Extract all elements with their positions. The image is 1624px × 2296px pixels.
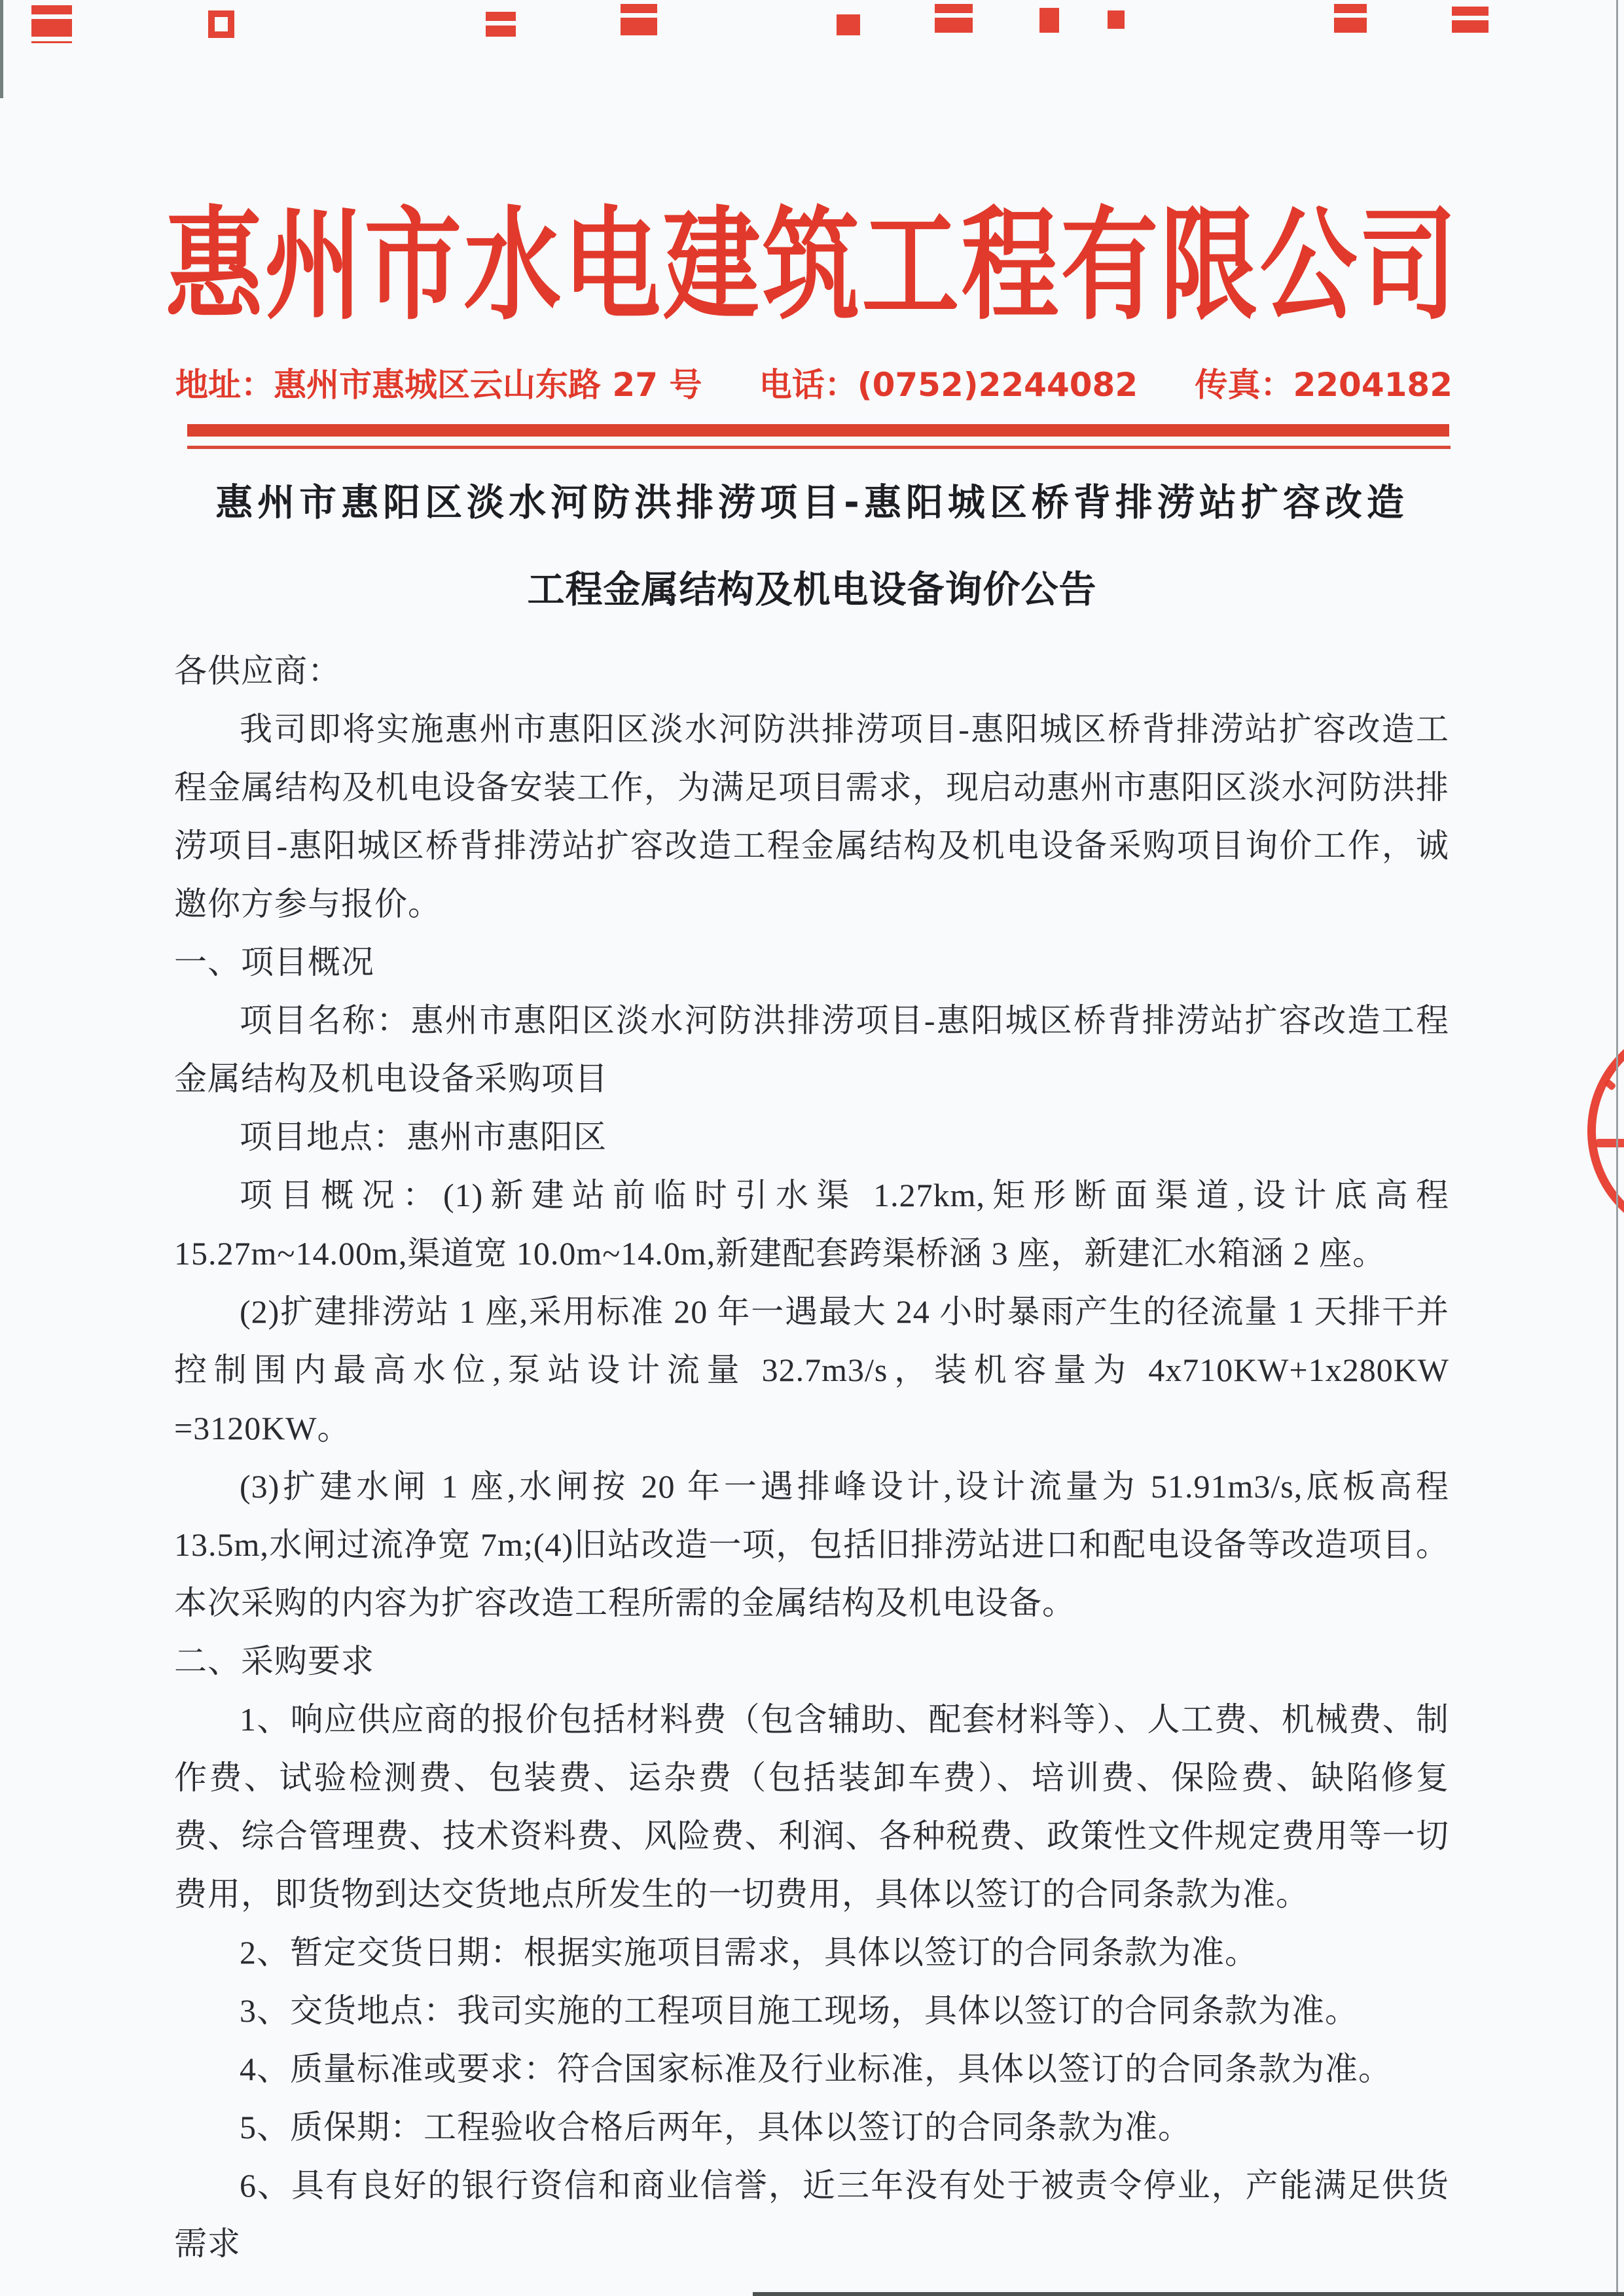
section1-heading: 一、项目概况 <box>174 933 1449 992</box>
scan-edge-right <box>1616 0 1618 2296</box>
scan-artifact <box>1452 7 1489 33</box>
requirement-item: 3、交货地点：我司实施的工程项目施工现场，具体以签订的合同条款为准。 <box>174 1982 1449 2040</box>
project-name: 项目名称：惠州市惠阳区淡水河防洪排涝项目-惠阳城区桥背排涝站扩容改造工程金属结构… <box>174 992 1449 1108</box>
section2-heading: 二、采购要求 <box>174 1632 1449 1691</box>
project-overview-1: 项目概况：(1)新建站前临时引水渠 1.27km,矩形断面渠道,设计底高程 15… <box>174 1166 1449 1283</box>
project-location: 项目地点：惠州市惠阳区 <box>174 1108 1449 1166</box>
company-seal-stamp <box>1587 1021 1624 1241</box>
document-title-line2: 工程金属结构及机电设备询价公告 <box>105 567 1519 613</box>
requirement-item: 2、暂定交货日期：根据实施项目需求，具体以签订的合同条款为准。 <box>174 1924 1449 1982</box>
company-phone: 电话：(0752)2244082 <box>759 364 1138 406</box>
document-title-line1: 惠州市惠阳区淡水河防洪排涝项目-惠阳城区桥背排涝站扩容改造 <box>105 480 1519 526</box>
letterhead-rule-thin <box>187 446 1451 449</box>
company-name: 惠州市水电建筑工程有限公司 <box>162 194 1462 338</box>
scan-artifact <box>1108 10 1125 29</box>
project-overview-2: (2)扩建排涝站 1 座,采用标准 20 年一遇最大 24 小时暴雨产生的径流量… <box>174 1283 1449 1458</box>
scan-artifact <box>935 4 973 33</box>
letterhead-rule-thick <box>187 424 1449 437</box>
salutation: 各供应商： <box>174 642 1449 700</box>
intro-paragraph: 我司即将实施惠州市惠阳区淡水河防洪排涝项目-惠阳城区桥背排涝站扩容改造工程金属结… <box>174 700 1449 933</box>
company-seal-stamp <box>1596 1139 1624 1147</box>
contact-row: 地址：惠州市惠城区云山东路 27 号 电话：(0752)2244082 传真：2… <box>175 364 1453 406</box>
project-overview-3: (3)扩建水闸 1 座,水闸按 20 年一遇排峰设计,设计流量为 51.91m3… <box>174 1458 1449 1632</box>
document-title: 惠州市惠阳区淡水河防洪排涝项目-惠阳城区桥背排涝站扩容改造 工程金属结构及机电设… <box>105 480 1519 613</box>
scan-artifact <box>208 10 234 38</box>
scan-edge-left <box>0 0 3 98</box>
scanned-document-page: 惠州市水电建筑工程有限公司 地址：惠州市惠城区云山东路 27 号 电话：(075… <box>0 0 1624 2296</box>
scan-artifact <box>1039 8 1059 33</box>
company-address: 地址：惠州市惠城区云山东路 27 号 <box>175 364 702 406</box>
requirement-item: 5、质保期：工程验收合格后两年，具体以签订的合同条款为准。 <box>174 2098 1449 2157</box>
scan-artifact <box>837 14 860 35</box>
requirement-item: 1、响应供应商的报价包括材料费（包含辅助、配套材料等）、人工费、机械费、制作费、… <box>174 1691 1449 1924</box>
document-body: 各供应商： 我司即将实施惠州市惠阳区淡水河防洪排涝项目-惠阳城区桥背排涝站扩容改… <box>174 642 1449 2273</box>
scan-artifact <box>31 5 72 43</box>
scan-artifact <box>621 4 657 38</box>
scan-edge-bottom <box>753 2292 1624 2296</box>
scan-artifact <box>486 12 516 37</box>
requirement-item: 6、具有良好的银行资信和商业信誉，近三年没有处于被责令停业，产能满足供货需求 <box>174 2157 1449 2273</box>
requirement-item: 4、质量标准或要求：符合国家标准及行业标准，具体以签订的合同条款为准。 <box>174 2040 1449 2098</box>
scan-artifact <box>1334 4 1367 33</box>
company-fax: 传真：2204182 <box>1195 364 1453 406</box>
